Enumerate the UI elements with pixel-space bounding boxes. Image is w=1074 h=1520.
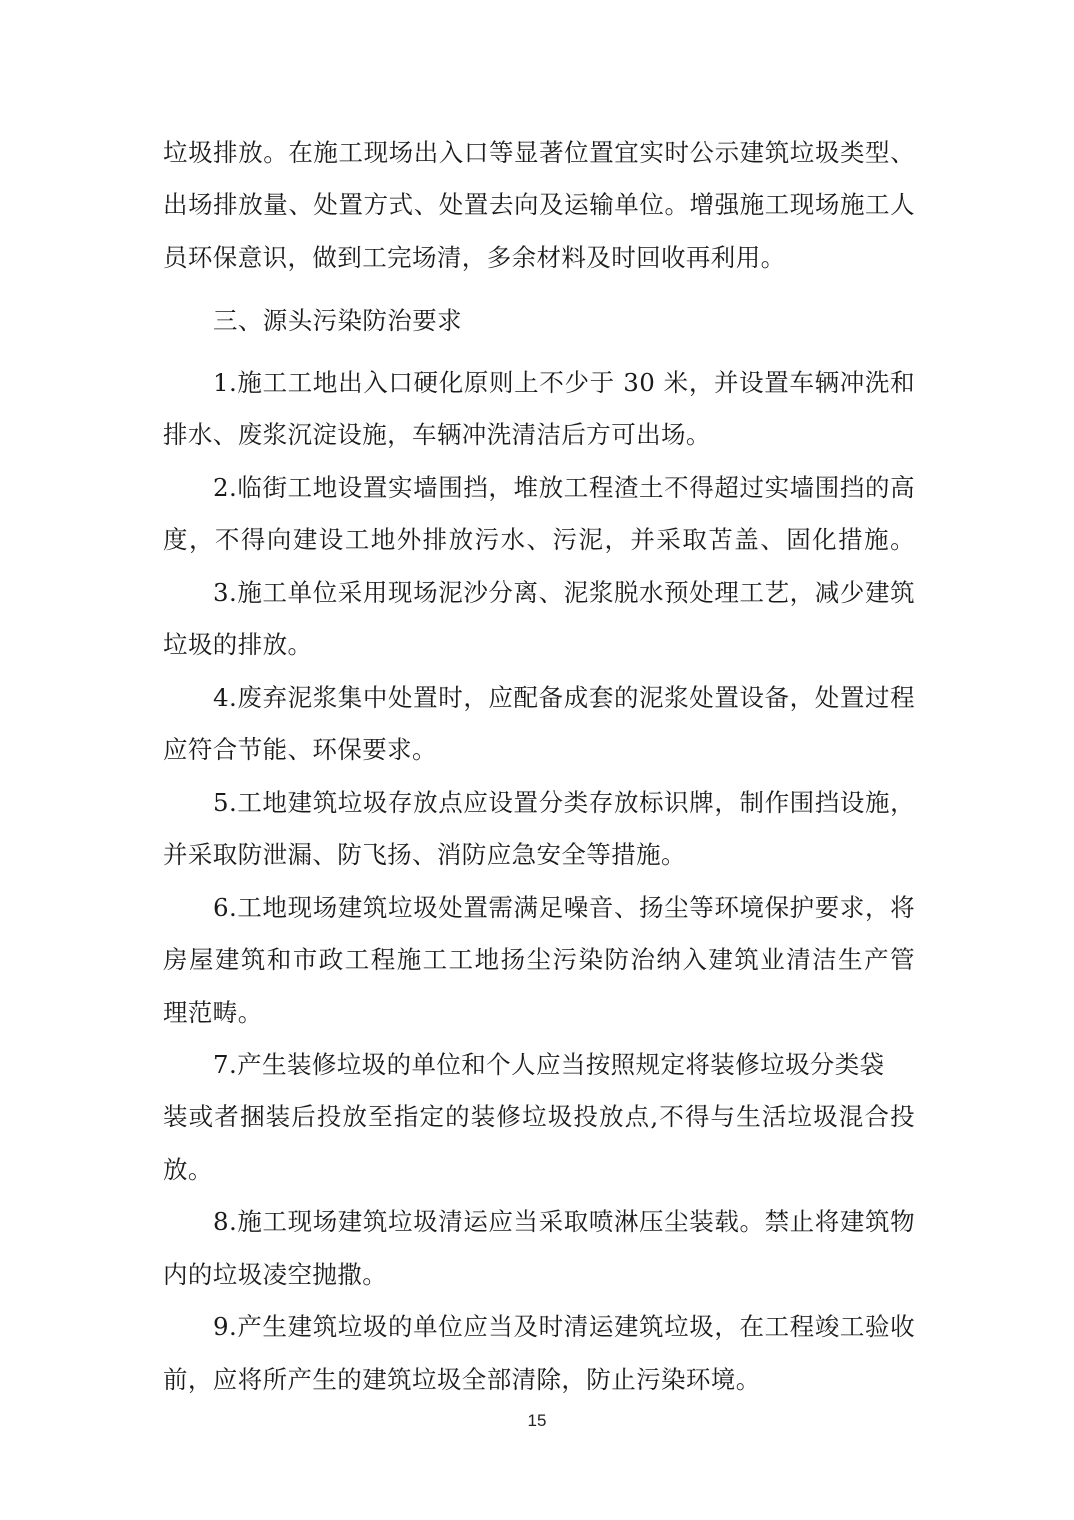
section-heading: 三、源头污染防治要求 [213,306,915,336]
text-line: 前，应将所产生的建筑垃圾全部清除，防止污染环境。 [163,1365,915,1395]
text-line: 装或者捆装后投放至指定的装修垃圾投放点,不得与生活垃圾混合投 [163,1102,915,1132]
text-line: 理范畴。 [163,998,915,1028]
text-line: 应符合节能、环保要求。 [163,735,915,765]
text-line: 出场排放量、处置方式、处置去向及运输单位。增强施工现场施工人 [163,190,915,220]
text-line: 放。 [163,1155,915,1185]
text-line: 4.废弃泥浆集中处置时，应配备成套的泥浆处置设备，处置过程 [213,683,915,713]
text-line: 度，不得向建设工地外排放污水、污泥，并采取苫盖、固化措施。 [163,525,915,555]
text-line: 员环保意识，做到工完场清，多余材料及时回收再利用。 [163,243,915,273]
text-line: 6.工地现场建筑垃圾处置需满足噪音、扬尘等环境保护要求，将 [213,893,915,923]
text-line: 垃圾排放。在施工现场出入口等显著位置宜实时公示建筑垃圾类型、 [163,138,915,168]
text-line: 排水、废浆沉淀设施，车辆冲洗清洁后方可出场。 [163,420,915,450]
text-line: 内的垃圾凌空抛撒。 [163,1260,915,1290]
text-line: 5.工地建筑垃圾存放点应设置分类存放标识牌，制作围挡设施， [213,788,915,818]
page-number: 15 [0,1411,1074,1431]
text-line: 2.临街工地设置实墙围挡，堆放工程渣土不得超过实墙围挡的高 [213,473,915,503]
text-line: 房屋建筑和市政工程施工工地扬尘污染防治纳入建筑业清洁生产管 [163,945,915,975]
document-page: 垃圾排放。在施工现场出入口等显著位置宜实时公示建筑垃圾类型、出场排放量、处置方式… [0,0,1074,1520]
text-line: 9.产生建筑垃圾的单位应当及时清运建筑垃圾，在工程竣工验收 [213,1312,915,1342]
text-line: 3.施工单位采用现场泥沙分离、泥浆脱水预处理工艺，减少建筑 [213,578,915,608]
text-line: 1.施工工地出入口硬化原则上不少于 30 米，并设置车辆冲洗和 [213,368,915,398]
text-line: 垃圾的排放。 [163,630,915,660]
text-line: 8.施工现场建筑垃圾清运应当采取喷淋压尘装载。禁止将建筑物 [213,1207,915,1237]
text-line: 并采取防泄漏、防飞扬、消防应急安全等措施。 [163,840,915,870]
text-line: 7.产生装修垃圾的单位和个人应当按照规定将装修垃圾分类袋 [213,1050,915,1080]
